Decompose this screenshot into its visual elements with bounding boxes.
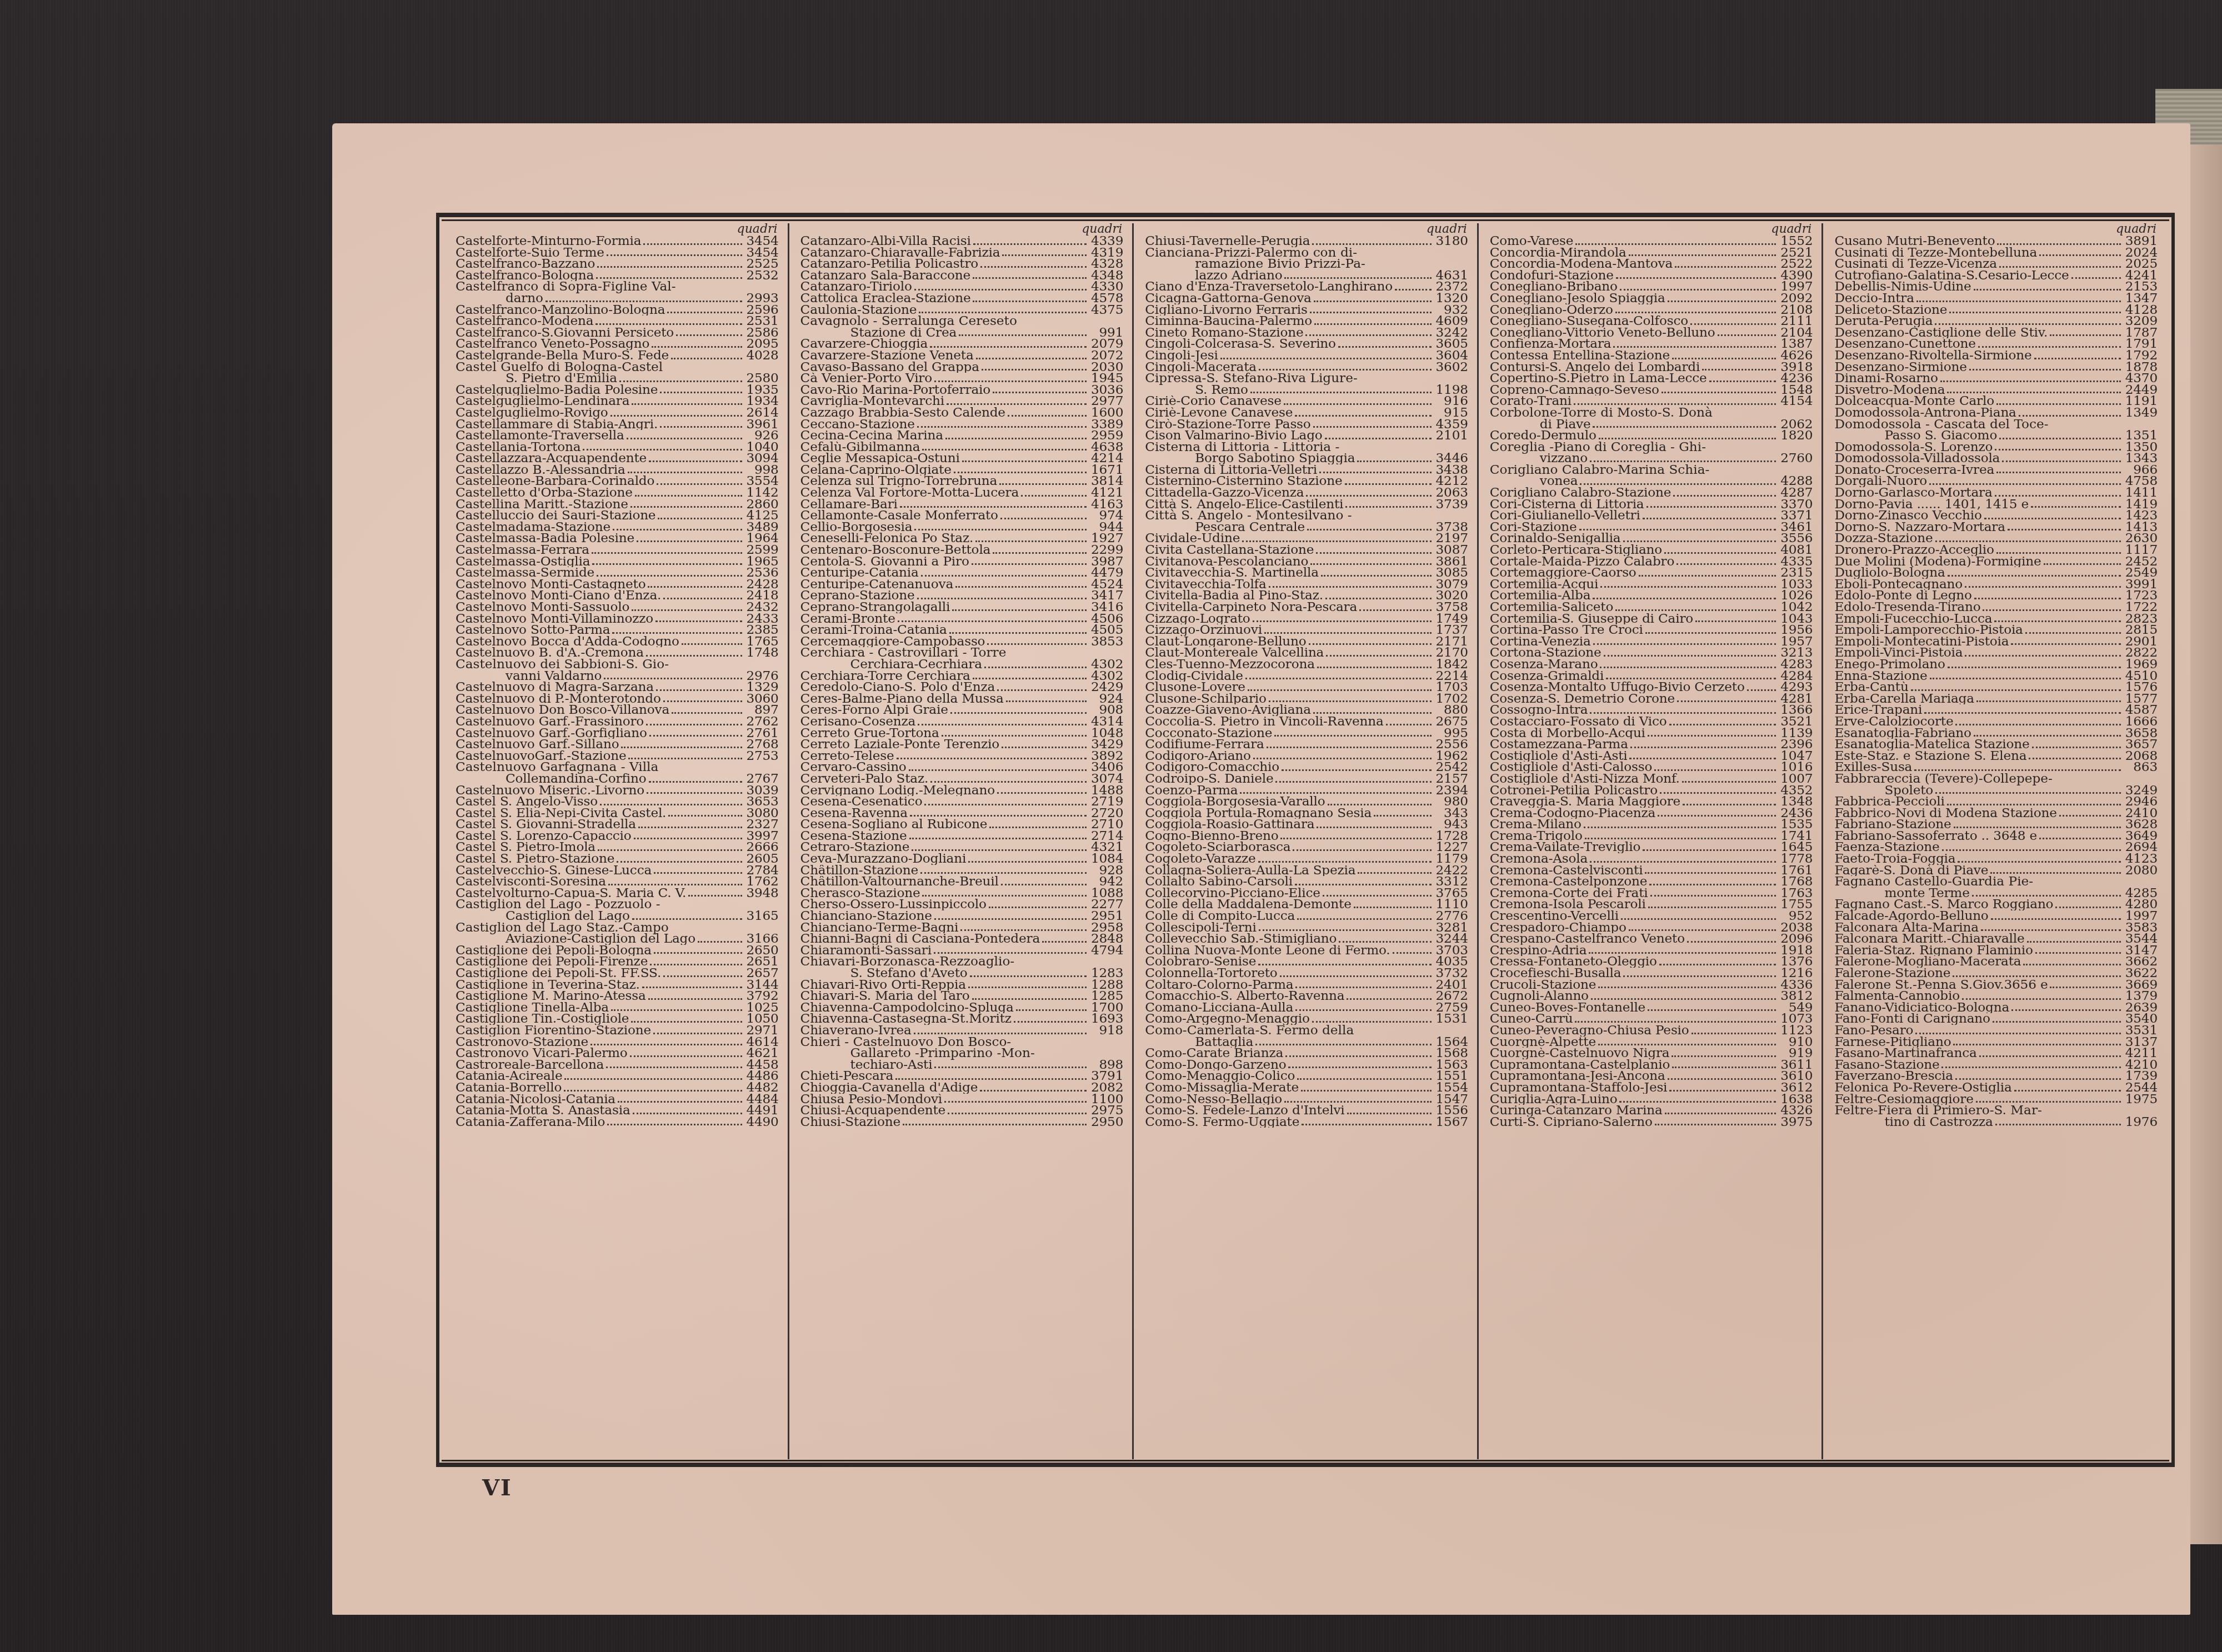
index-entry: Colle di Compito-Lucca2776 <box>1145 910 1468 922</box>
dot-leader <box>980 1090 1087 1092</box>
index-entry: Cogno-Bienno-Breno1728 <box>1145 830 1468 842</box>
index-columns: quadri Castelforte-Minturno-Formia3454Ca… <box>444 223 2166 1459</box>
index-entry: Collecorvino-Picciano-Elice3765 <box>1145 888 1468 899</box>
index-entry: Cittadella-Gazzo-Vicenza2063 <box>1145 487 1468 499</box>
dot-leader <box>1579 529 1776 530</box>
entry-name: di Piave <box>1490 419 1591 430</box>
dot-leader <box>2027 941 2121 943</box>
dot-leader <box>1965 586 2121 588</box>
index-entry: Castelnuovo Garf.-Sillano2768 <box>456 739 779 750</box>
index-entry: Castellammare di Stabia-Angri.3961 <box>456 419 779 430</box>
dot-leader <box>583 449 742 450</box>
entry-quadri-number: 2760 <box>1779 453 1813 464</box>
index-entry: Ceccano-Stazione3389 <box>800 419 1124 430</box>
dot-leader <box>598 849 742 851</box>
index-entry: Spoleto3249 <box>1834 785 2158 797</box>
book-right-edge <box>2186 144 2222 1544</box>
index-entry: Conegliano-Susegana-Colfosco2111 <box>1490 316 1813 327</box>
index-entry: Cicagna-Gattorna-Genova1320 <box>1145 293 1468 304</box>
entry-name: Cesena-Ravenna <box>800 808 908 819</box>
dot-leader <box>1682 781 1776 783</box>
index-entry: Cosenza-Grimaldi4284 <box>1490 670 1813 682</box>
entry-name: Castellazzo B.-Alessandria <box>456 464 625 476</box>
index-entry: Cavriglia-Montevarchi2977 <box>800 396 1124 407</box>
index-entry: Cattolica Eraclea-Stazione4578 <box>800 293 1124 304</box>
entry-name: Cressa-Fontaneto-Oleggio <box>1490 956 1657 968</box>
dot-leader <box>1267 747 1432 748</box>
entry-line: Città S. Angelo - Montesilvano - <box>1145 510 1468 522</box>
index-entry: Castellamonte-Traversella926 <box>456 430 779 442</box>
dot-leader <box>1669 1090 1776 1092</box>
entry-name: Catanzaro-Chiaravalle-Fabrizia <box>800 247 1000 259</box>
entry-name: Cerreto Grue-Tortona <box>800 728 939 739</box>
index-entry: Falerone-Stazione3622 <box>1834 968 2158 979</box>
dot-leader <box>1309 643 1432 645</box>
entry-name: Ceprano-Strangolagalli <box>800 602 950 613</box>
dot-leader <box>627 438 742 439</box>
index-entry: Castelmassa-Badia Polesine1964 <box>456 533 779 544</box>
index-entry: Castellina Maritt.-Stazione2860 <box>456 499 779 510</box>
index-entry: Crema-Milano1535 <box>1490 819 1813 830</box>
dot-leader <box>1660 792 1776 794</box>
index-column-1: quadri Castelforte-Minturno-Formia3454Ca… <box>444 223 789 1459</box>
entry-name: Comacchio-S. Alberto-Ravenna <box>1145 990 1344 1002</box>
entry-name: Collecorvino-Picciano-Elice <box>1145 888 1320 899</box>
dot-leader <box>1253 758 1432 759</box>
index-entry: Cingoli-Jesi3604 <box>1145 350 1468 362</box>
entry-name: Cerisano-Cosenza <box>800 716 916 728</box>
entry-name: Contessa Entellina-Stazione <box>1490 350 1670 362</box>
entry-name: Cupramontana-Jesi-Ancona <box>1490 1070 1665 1082</box>
entry-name: Cremona-Castelponzone <box>1490 876 1647 888</box>
dot-leader <box>663 700 742 702</box>
index-entry: Cortina-Passo Tre Croci1956 <box>1490 624 1813 636</box>
index-entry: Cutrofiano-Galatina-S.Cesario-Lecce4241 <box>1834 270 2158 282</box>
entry-quadri-number: 2753 <box>745 750 779 762</box>
index-entry: Catanzaro-Albi-Villa Racisi4339 <box>800 236 1124 247</box>
index-entry: Dorno-Garlasco-Mortara1411 <box>1834 487 2158 499</box>
entry-name: Castel S. Angelo-Visso <box>456 796 598 808</box>
index-entry: Cervignano Lodig.-Melegnano1488 <box>800 785 1124 797</box>
dot-leader <box>1930 678 2121 679</box>
entry-name: Ciriè-Corio Canavese <box>1145 396 1282 407</box>
entry-quadri-number: 3739 <box>1435 499 1468 510</box>
dot-leader <box>1575 243 1776 245</box>
entry-name: Falerone St.-Penna S.Giov.3656 e <box>1834 979 2048 991</box>
entry-name: Cellio-Borgosesia <box>800 522 913 533</box>
dot-leader <box>649 460 742 462</box>
dot-leader <box>1999 266 2121 268</box>
entry-name: Castelfranco-Manzolino-Bologna <box>456 304 665 316</box>
index-entry: Debellis-Nimis-Udine2153 <box>1834 281 2158 293</box>
entry-name: Chianni-Bagni di Casciana-Pontedera <box>800 933 1040 945</box>
dot-leader <box>2008 529 2121 530</box>
dot-leader <box>607 1124 742 1125</box>
entry-name: Falconara Alta-Marina <box>1834 922 1979 934</box>
index-entry: Crescentino-Vercelli952 <box>1490 910 1813 922</box>
dot-leader <box>1016 1009 1087 1011</box>
entry-name: Curinga-Catanzaro Marina <box>1490 1105 1663 1117</box>
index-entry: Castel S. Giovanni-Stradella2327 <box>456 819 779 830</box>
entry-name: Cesena-Cesenatico <box>800 796 923 808</box>
entry-name: Crema-Vailate-Treviglio <box>1490 842 1640 853</box>
entry-name: Castelnuovo Garf.-Gorfigliano <box>456 728 647 739</box>
entry-name: Corinaldo-Senigallia <box>1490 533 1621 544</box>
index-entry: vonea4288 <box>1490 475 1813 487</box>
index-entry: Faleria-Staz. Rignano Flaminio3147 <box>1834 945 2158 957</box>
entry-name: Cortemilia-Saliceto <box>1490 602 1613 613</box>
entry-name: Cesena-Stazione <box>800 830 907 842</box>
entry-name: Domodossola-S. Lorenzo <box>1834 442 1993 453</box>
dot-leader <box>1997 243 2121 245</box>
dot-leader <box>917 598 1087 599</box>
index-entry: Erba-Cantù1576 <box>1834 682 2158 693</box>
index-entry: Castelnuovo Garf.-Gorfigliano2761 <box>456 728 779 739</box>
index-entry: S. Pietro d'Emilia2580 <box>456 373 779 384</box>
entry-name: Clodig-Cividale <box>1145 670 1243 682</box>
entry-name: Castelnovo Monti-Castagneto <box>456 579 645 590</box>
entry-name: Cuneo-Peveragno-Chiusa Pesio <box>1490 1025 1689 1037</box>
index-entry: Cividale-Udine2197 <box>1145 533 1468 544</box>
entry-name: Cori-Stazione <box>1490 522 1577 533</box>
entry-name: Castelnuovo di P.-Monterotondo <box>456 693 661 705</box>
index-entry: Chiavenna-Campodolcino-Spluga1700 <box>800 1002 1124 1014</box>
dot-leader <box>1648 735 1776 737</box>
dot-leader <box>2025 632 2121 634</box>
index-entry: Corinaldo-Senigallia3556 <box>1490 533 1813 544</box>
entry-name: Castel S. Giovanni-Stradella <box>456 819 636 830</box>
index-entry: Cuneo-Peveragno-Chiusa Pesio1123 <box>1490 1025 1813 1037</box>
dot-leader <box>948 1113 1087 1114</box>
entry-name: Cosenza-Marano <box>1490 659 1598 670</box>
entry-name: Codigoro-Comacchio <box>1145 762 1279 773</box>
dot-leader <box>1673 495 1776 497</box>
dot-leader <box>898 620 1087 622</box>
entry-name: Cosenza-Grimaldi <box>1490 670 1604 682</box>
entry-name: Castiglione Tin.-Costigliole <box>456 1013 629 1025</box>
entry-name: Castel S. Pietro-Imola <box>456 842 595 853</box>
index-entry: Cortemilia-S. Giuseppe di Cairo1043 <box>1490 613 1813 625</box>
entry-line: Chiavari-Borzonasca-Rezzoaglio- <box>800 956 1124 968</box>
dot-leader <box>1002 254 1087 256</box>
dot-leader <box>663 598 742 599</box>
index-entry: Castiglione M. Marino-Atessa3792 <box>456 990 779 1002</box>
index-entry: Costigliole d'Asti-Asti1047 <box>1490 750 1813 762</box>
dot-leader <box>649 781 742 783</box>
index-entry: Catania-Acireale4486 <box>456 1070 779 1082</box>
index-entry: Faverzano-Brescia1739 <box>1834 1070 2158 1082</box>
entry-name: Castelnuovo Miseric.-Livorno <box>456 785 644 797</box>
dot-leader <box>1374 815 1432 817</box>
dot-leader <box>2011 643 2121 645</box>
entry-name: Passo S. Giacomo <box>1834 430 1997 442</box>
column-entries: Cusano Mutri-Benevento3891Cusinati di Te… <box>1834 236 2158 1128</box>
index-entry: Collina Nuova-Monte Leone di Fermo.3703 <box>1145 945 1468 957</box>
index-entry: Faenza-Stazione2694 <box>1834 842 2158 853</box>
dot-leader <box>1297 1078 1432 1080</box>
index-entry: Cuorgnè-Alpette910 <box>1490 1037 1813 1048</box>
index-entry: Falconara Alta-Marina3583 <box>1834 922 2158 934</box>
dot-leader <box>1983 609 2120 611</box>
entry-name: Codifiume-Ferrara <box>1145 739 1264 750</box>
index-entry: Civitella-Carpineto Nora-Pescara3758 <box>1145 602 1468 613</box>
entry-name: Castel S. Elia-Nepi-Civita Castel. <box>456 808 666 819</box>
index-entry: Castelfranco Veneto-Possagno2095 <box>456 338 779 350</box>
entry-name: Fano-Pesaro <box>1834 1025 1913 1037</box>
index-entry: Cupramontana-Staffolo-Jesi3612 <box>1490 1082 1813 1094</box>
dot-leader <box>634 838 742 839</box>
dot-leader <box>1659 964 1776 965</box>
entry-name: tino di Castrozza <box>1834 1117 1993 1128</box>
column-header: quadri <box>1490 223 1813 236</box>
entry-name: Collagna-Soliera-Aulla-La Spezia <box>1145 865 1355 877</box>
entry-name: Costacciaro-Fossato di Vico <box>1490 716 1667 728</box>
dot-leader <box>1690 323 1776 325</box>
dot-leader <box>1676 563 1776 565</box>
entry-name: Cremona-Isola Pescaroli <box>1490 899 1646 910</box>
entry-name: Copertino-S.Pietro in Lama-Lecce <box>1490 373 1707 384</box>
index-entry: Codigoro-Ariano1962 <box>1145 750 1468 762</box>
dot-leader <box>970 975 1087 977</box>
entry-name: Cossogno-Intra <box>1490 704 1588 716</box>
index-entry: Cusinati di Tezze-Vicenza2025 <box>1834 258 2158 270</box>
entry-name: Falconara Maritt.-Chiaravalle <box>1834 933 2024 945</box>
entry-name: Castelnovo Monti-Villaminozzo <box>456 613 653 625</box>
index-entry: Desenzano-Rivoltella-Sirmione1792 <box>1834 350 2158 362</box>
entry-name: Castelnuovo di Magra-Sarzana <box>456 682 654 693</box>
entry-name: Desenzano-Rivoltella-Sirmione <box>1834 350 2031 362</box>
index-entry: Cusano Mutri-Benevento3891 <box>1834 236 2158 247</box>
dot-leader <box>1585 838 1776 839</box>
table-inner-rule-top <box>442 219 2169 221</box>
dot-leader <box>564 1090 742 1092</box>
dot-leader <box>1002 747 1087 748</box>
entry-name: Fasano-Stazione <box>1834 1059 1939 1071</box>
entry-name: Castronovo Vicari-Palermo <box>456 1048 628 1059</box>
entry-name: Castellamonte-Traversella <box>456 430 624 442</box>
entry-name: Castelnovo Sotto-Parma <box>456 624 610 636</box>
dot-leader <box>1993 1021 2121 1023</box>
index-entry: Castelforte-Suio Terme3454 <box>456 247 779 259</box>
entry-name: Conegliano-Vittorio Veneto-Belluno <box>1490 327 1715 339</box>
index-entry: Castel S. Pietro-Imola2666 <box>456 842 779 853</box>
index-entry: Cosenza-Montalto Uffugo-Bivio Cerzeto429… <box>1490 682 1813 693</box>
index-entry: Pescara Centrale3738 <box>1145 522 1468 533</box>
entry-name: Catania-Zafferana-Milo <box>456 1117 605 1128</box>
index-entry: Cavarzere-Chioggia2079 <box>800 338 1124 350</box>
entry-name: Castelmadama-Stazione <box>456 522 610 533</box>
dot-leader <box>968 861 1087 863</box>
index-entry: Castelmassa-Ostiglia1965 <box>456 556 779 568</box>
index-entry: Dorno-Zinasco Vecchio1423 <box>1834 510 2158 522</box>
dot-leader <box>1940 381 2121 382</box>
dot-leader <box>976 358 1087 359</box>
dot-leader <box>1589 952 1776 954</box>
dot-leader <box>1295 415 1432 417</box>
dot-leader <box>642 987 742 988</box>
entry-name: Chianciano-Terme-Bagni <box>800 922 959 934</box>
dot-leader <box>1702 369 1776 371</box>
entry-name: Castiglione M. Marino-Atessa <box>456 990 646 1002</box>
index-entry: Comacchio-S. Alberto-Ravenna2672 <box>1145 990 1468 1002</box>
index-entry: Deruta-Perugia3209 <box>1834 316 2158 327</box>
entry-name: Civitanova-Pescolanciano <box>1145 556 1308 568</box>
entry-name: Copreno-Camnago-Seveso <box>1490 384 1659 396</box>
dot-leader <box>1593 598 1776 599</box>
index-entry: Castelnovo Monti-Sassuolo2432 <box>456 602 779 613</box>
index-entry: Codifiume-Ferrara2556 <box>1145 739 1468 750</box>
entry-name: S. Stefano d'Aveto <box>800 968 968 979</box>
dot-leader <box>1669 724 1776 725</box>
index-entry: Cefalù-Gibilmanna4638 <box>800 442 1124 453</box>
entry-name: Coggiola Portula-Romagnano Sesia <box>1145 808 1372 819</box>
index-entry: Castiglione in Teverina-Staz.3144 <box>456 979 779 991</box>
index-entry: Cortona-Stazione3213 <box>1490 647 1813 659</box>
index-entry: Fano-Pesaro3531 <box>1834 1025 2158 1037</box>
dot-leader <box>1672 358 1776 359</box>
dot-leader <box>1345 483 1432 485</box>
index-entry: Ceprano-Strangolagalli3416 <box>800 602 1124 613</box>
index-entry: Condofuri-Stazione4390 <box>1490 270 1813 282</box>
entry-name: Cusinati di Tezze-Montebelluna <box>1834 247 2037 259</box>
entry-name: lazzo Adriano <box>1145 270 1282 282</box>
dot-leader <box>1984 518 2121 519</box>
index-entry: Catanzaro-Petilia Policastro4328 <box>800 258 1124 270</box>
entry-name: Crespino-Adria <box>1490 945 1587 957</box>
entry-name: Crema-Milano <box>1490 819 1582 830</box>
dot-leader <box>1630 747 1776 748</box>
index-entry: Erice-Trapani4587 <box>1834 704 2158 716</box>
index-entry: Dolceacqua-Monte Carlo1191 <box>1834 396 2158 407</box>
dot-leader <box>1317 827 1431 828</box>
index-entry: Falerone St.-Penna S.Giov.3656 e3669 <box>1834 979 2158 991</box>
entry-name: Cerchiara-Torre Cerchiara <box>800 670 970 682</box>
dot-leader <box>1924 712 2121 714</box>
dot-leader <box>2050 334 2121 336</box>
index-entry: Copreno-Camnago-Seveso1548 <box>1490 384 1813 396</box>
index-entry: Dorno-Pavia ...... 1401, 1415 e1419 <box>1834 499 2158 510</box>
dot-leader <box>2014 1090 2121 1092</box>
dot-leader <box>1621 918 1776 920</box>
index-entry: Castelluccio dei Sauri-Stazione4125 <box>456 510 779 522</box>
entry-name: Collevecchio Sab.-Stimigliano <box>1145 933 1337 945</box>
entry-name: Crespano-Castelfranco Veneto <box>1490 933 1685 945</box>
index-entry: Castelmassa-Sermide2536 <box>456 567 779 579</box>
entry-name: Castiglione in Teverina-Staz. <box>456 979 640 991</box>
dot-leader <box>632 609 742 611</box>
index-entry: Cressa-Fontaneto-Oleggio1376 <box>1490 956 1813 968</box>
dot-leader <box>2035 952 2121 954</box>
entry-line: Corigliano Calabro-Marina Schia- <box>1490 464 1813 476</box>
dot-leader <box>650 964 742 965</box>
index-entry: Falerone-Mogliano-Macerata3662 <box>1834 956 2158 968</box>
index-entry: Chianciano-Stazione2951 <box>800 910 1124 922</box>
dot-leader <box>2002 460 2121 462</box>
index-entry: Castronovo Vicari-Palermo4621 <box>456 1048 779 1059</box>
entry-name: Cà Venier-Porto Viro <box>800 373 932 384</box>
dot-leader <box>972 998 1087 1000</box>
index-entry: Costigliole d'Asti-Nizza Monf.1007 <box>1490 773 1813 785</box>
entry-name: vanni Valdarno <box>456 670 602 682</box>
index-entry: Civitavecchia-S. Martinella3085 <box>1145 567 1468 579</box>
index-entry: Faeto-Troia-Foggia4123 <box>1834 853 2158 865</box>
index-entry: Stazione di Crea991 <box>800 327 1124 339</box>
entry-name: Civitella-Carpineto Nora-Pescara <box>1145 602 1357 613</box>
dot-leader <box>1593 643 1776 645</box>
entry-name: Collescipoli-Terni <box>1145 922 1256 934</box>
entry-name: Falmenta-Cannobio <box>1834 990 1960 1002</box>
entry-name: Cisternino-Cisternino Stazione <box>1145 475 1342 487</box>
entry-name: Confienza-Mortara <box>1490 338 1612 350</box>
index-entry: Fabbrico-Novi di Modena Stazione2410 <box>1834 808 2158 819</box>
entry-name: Colle della Maddalena-Demonte <box>1145 899 1351 910</box>
index-entry: Empoli-Montecatini-Pistoia2901 <box>1834 636 2158 648</box>
entry-name: Cortina-Venezia <box>1490 636 1591 648</box>
entry-name: S. Remo <box>1145 384 1248 396</box>
entry-quadri-number: 4154 <box>1779 396 1813 407</box>
dot-leader <box>921 575 1087 577</box>
dot-leader <box>633 1113 742 1114</box>
dot-leader <box>1619 1101 1776 1103</box>
dot-leader <box>922 895 1087 897</box>
index-entry: Ciano d'Enza-Traversetolo-Langhirano2372 <box>1145 281 1468 293</box>
dot-leader <box>646 724 742 725</box>
entry-name: Castelguglielmo-Rovigo <box>456 407 608 419</box>
index-entry: Desenzano-Castiglione delle Stiv.1787 <box>1834 327 2158 339</box>
entry-quadri-number: 3975 <box>1779 1117 1813 1128</box>
index-entry: Fasano-Stazione4210 <box>1834 1059 2158 1071</box>
index-entry: Dorno-S. Nazzaro-Mortara1413 <box>1834 522 2158 533</box>
dot-leader <box>1979 1055 2121 1057</box>
index-entry: Castiglione dei Pepoli-Bologna2650 <box>456 945 779 957</box>
entry-name: Collemandina-Corfino <box>456 773 647 785</box>
dot-leader <box>1006 700 1087 702</box>
index-entry: Fabbrica-Peccioli2946 <box>1834 796 2158 808</box>
dot-leader <box>942 735 1087 737</box>
index-entry: Desenzano-Cunettone1791 <box>1834 338 2158 350</box>
dot-leader <box>989 827 1087 828</box>
dot-leader <box>1916 301 2121 302</box>
dot-leader <box>656 689 742 691</box>
entry-name: Cividale-Udine <box>1145 533 1240 544</box>
dot-leader <box>1314 323 1432 325</box>
dot-leader <box>1310 312 1432 313</box>
dot-leader <box>2059 815 2121 817</box>
column-entries: Como-Varese1552Concordia-Mirandola2521Co… <box>1490 236 1813 1128</box>
entry-name: Castelnovo Bocca d'Adda-Codogno <box>456 636 679 648</box>
index-entry: Corleto-Perticara-Stigliano4081 <box>1490 544 1813 556</box>
dot-leader <box>635 495 742 497</box>
entry-name: Desenzano-Sirmione <box>1834 362 1966 373</box>
entry-name: Cervaro-Cassino <box>800 762 907 773</box>
entry-name: S. Pietro d'Emilia <box>456 373 617 384</box>
index-entry: Centuripe-Catenanuova4524 <box>800 579 1124 590</box>
dot-leader <box>1648 1009 1776 1011</box>
entry-name: Castelvisconti-Soresina <box>456 876 606 888</box>
entry-name: Cerami-Bronte <box>800 613 895 625</box>
index-entry: Fano-Fonti di Carignano3540 <box>1834 1013 2158 1025</box>
entry-line: Castelnuovo dei Sabbioni-S. Gio- <box>456 659 779 670</box>
dot-leader <box>1284 1101 1432 1103</box>
dot-leader <box>1008 415 1087 417</box>
index-entry: Castelfranco-Manzolino-Bologna2596 <box>456 304 779 316</box>
entry-name: Corigliano Calabro-Stazione <box>1490 487 1671 499</box>
dot-leader <box>1042 941 1087 943</box>
index-entry: Châtillon-Stazione928 <box>800 865 1124 877</box>
index-entry: Esanatoglia-Fabriano3658 <box>1834 728 2158 739</box>
dot-leader <box>1345 506 1431 508</box>
entry-name: Clusone-Lovere <box>1145 682 1245 693</box>
